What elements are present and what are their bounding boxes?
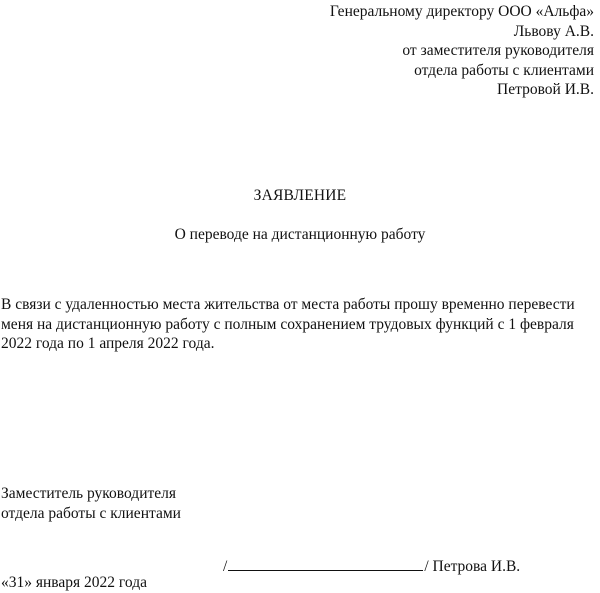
body-line: 2022 года по 1 апреля 2022 года.	[1, 334, 599, 354]
addressee-line: отдела работы с клиентами	[330, 61, 594, 81]
signature-row: // Петрова И.В.	[223, 556, 520, 577]
addressee-block: Генеральному директору ООО «Альфа» Львов…	[330, 2, 594, 100]
position-line: Заместитель руководителя	[1, 484, 181, 504]
document-date: «31» января 2022 года	[1, 573, 147, 593]
position-line: отдела работы с клиентами	[1, 504, 181, 524]
document-body: В связи с удаленностью места жительства …	[1, 295, 599, 354]
body-line: В связи с удаленностью места жительства …	[1, 295, 599, 315]
addressee-line: Генеральному директору ООО «Альфа»	[330, 2, 594, 22]
signatory-position: Заместитель руководителя отдела работы с…	[1, 484, 181, 523]
document-subject: О переводе на дистанционную работу	[0, 225, 600, 245]
addressee-line: от заместителя руководителя	[330, 41, 594, 61]
document-title: ЗАЯВЛЕНИЕ	[0, 186, 600, 206]
signature-prefix: /	[223, 558, 227, 575]
addressee-line: Петровой И.В.	[330, 80, 594, 100]
addressee-line: Львову А.В.	[330, 22, 594, 42]
body-line: меня на дистанционную работу с полным со…	[1, 315, 599, 335]
signature-line	[228, 556, 423, 571]
signature-name: / Петрова И.В.	[424, 558, 520, 575]
